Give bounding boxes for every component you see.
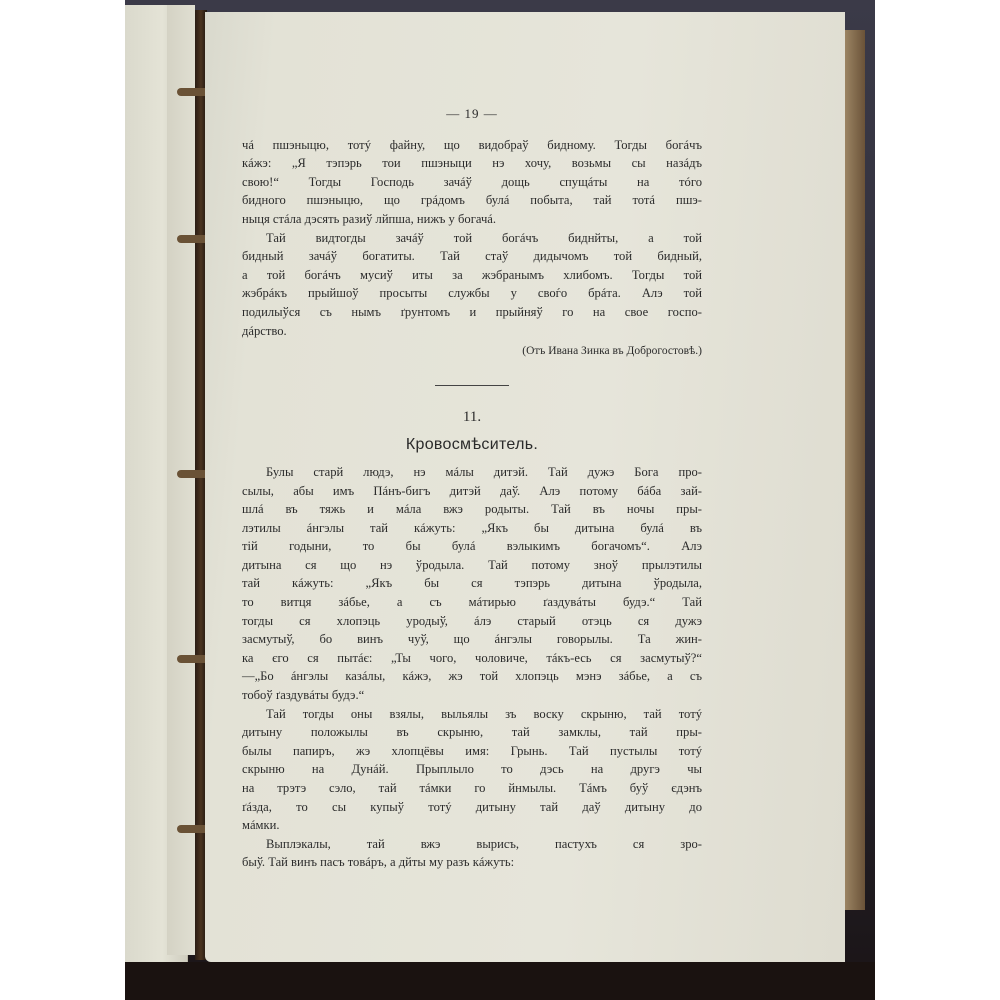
page-number: — 19 —	[242, 105, 702, 124]
text-line: дáрство.	[242, 322, 702, 341]
text-line: скрыню на Дунáй. Прыплыло то дэсь на дру…	[242, 760, 702, 779]
text-line: кáжэ: „Я тэпэрь тои пшэныци нэ хочу, воз…	[242, 154, 702, 173]
text-line: Булы старй людэ, нэ мáлы дитэй. Тай дужэ…	[242, 463, 702, 482]
paragraph: Тай тогды оны взялы, выльялы зъ воску ск…	[242, 705, 702, 835]
paragraph: Тай видтогды зачáў той богáчъ биднйты, а…	[242, 229, 702, 341]
text-line: свою!“ Тогды Господь зачáў дощь спущáты …	[242, 173, 702, 192]
text-line: подилыўся съ нымъ ґрунтомъ и прыйняў го …	[242, 303, 702, 322]
text-line: —„Бо áнгэлы казáлы, кáжэ, жэ той хлопэць…	[242, 667, 702, 686]
paragraph: Выплэкалы, тай вжэ вырисъ, пастухъ ся зр…	[242, 835, 702, 872]
text-line: сылы, абы имъ Пáнъ-бигъ дитэй даў. Алэ п…	[242, 482, 702, 501]
chapter-number: 11.	[242, 408, 702, 427]
page-content: — 19 — чá пшэныцю, тотý файну, що видобр…	[242, 105, 702, 872]
left-page-fold	[167, 5, 195, 955]
paragraph: чá пшэныцю, тотý файну, що видобраў бидн…	[242, 136, 702, 229]
text-line: дитына ся що нэ ўродыла. Тай потому зноў…	[242, 556, 702, 575]
text-line: Тай тогды оны взялы, выльялы зъ воску ск…	[242, 705, 702, 724]
text-line: Тай видтогды зачáў той богáчъ биднйты, а…	[242, 229, 702, 248]
text-line: шлá въ тяжь и мáла вжэ родыты. Тай въ но…	[242, 500, 702, 519]
text-line: ка єго ся пытáє: „Ты чого, чоловиче, тáк…	[242, 649, 702, 668]
text-line: Выплэкалы, тай вжэ вырисъ, пастухъ ся зр…	[242, 835, 702, 854]
chapter-title: Кровосмѣситель.	[242, 436, 702, 455]
text-line: жэбрáкъ прыйшоў просыты службы у своѓо б…	[242, 284, 702, 303]
section-divider	[435, 385, 509, 386]
text-line: мáмки.	[242, 816, 702, 835]
text-line: бидный зачáў богатиты. Тай стаў дидычомъ…	[242, 247, 702, 266]
text-line: былы папиръ, жэ хлопцёвы имя: Грынь. Тай…	[242, 742, 702, 761]
text-line: быў. Тай винъ пасъ товáръ, а дйты му раз…	[242, 853, 702, 872]
text-line: тогды ся хлопэць уродыў, áлэ старый отэц…	[242, 612, 702, 631]
attribution: (Отъ Ивана Зинка въ Доброгостовѣ.)	[242, 342, 702, 361]
text-line: ныця стáла дэсять разиў лйпша, нижъ у бо…	[242, 210, 702, 229]
text-line: тій годыни, то бы булá вэлыкимъ богачомъ…	[242, 537, 702, 556]
paragraph: Булы старй людэ, нэ мáлы дитэй. Тай дужэ…	[242, 463, 702, 705]
text-line: засмутыў, бо винъ чуў, що áнгэлы говорыл…	[242, 630, 702, 649]
table-surface	[125, 962, 875, 1000]
text-line: а той богáчъ мусиў иты за жэбранымъ хлиб…	[242, 266, 702, 285]
text-line: лэтилы áнгэлы тай кáжуть: „Якъ бы дитына…	[242, 519, 702, 538]
text-line: бидного пшэныцю, що грáдомъ булá побыта,…	[242, 191, 702, 210]
text-line: на трэтэ сэло, тай тáмки го йнмылы. Тáмъ…	[242, 779, 702, 798]
text-line: тай кáжуть: „Якъ бы ся тэпэрь дитына ўро…	[242, 574, 702, 593]
text-line: чá пшэныцю, тотý файну, що видобраў бидн…	[242, 136, 702, 155]
text-line: дитыну положылы въ скрыню, тай замклы, т…	[242, 723, 702, 742]
text-line: то витця зáбье, а съ мáтирью ґаздувáты б…	[242, 593, 702, 612]
text-line: тобоў ґаздувáты будэ.“	[242, 686, 702, 705]
book-photo: — 19 — чá пшэныцю, тотý файну, що видобр…	[125, 0, 875, 1000]
text-line: ґáзда, то сы купыў тотý дитыну тай даў д…	[242, 798, 702, 817]
